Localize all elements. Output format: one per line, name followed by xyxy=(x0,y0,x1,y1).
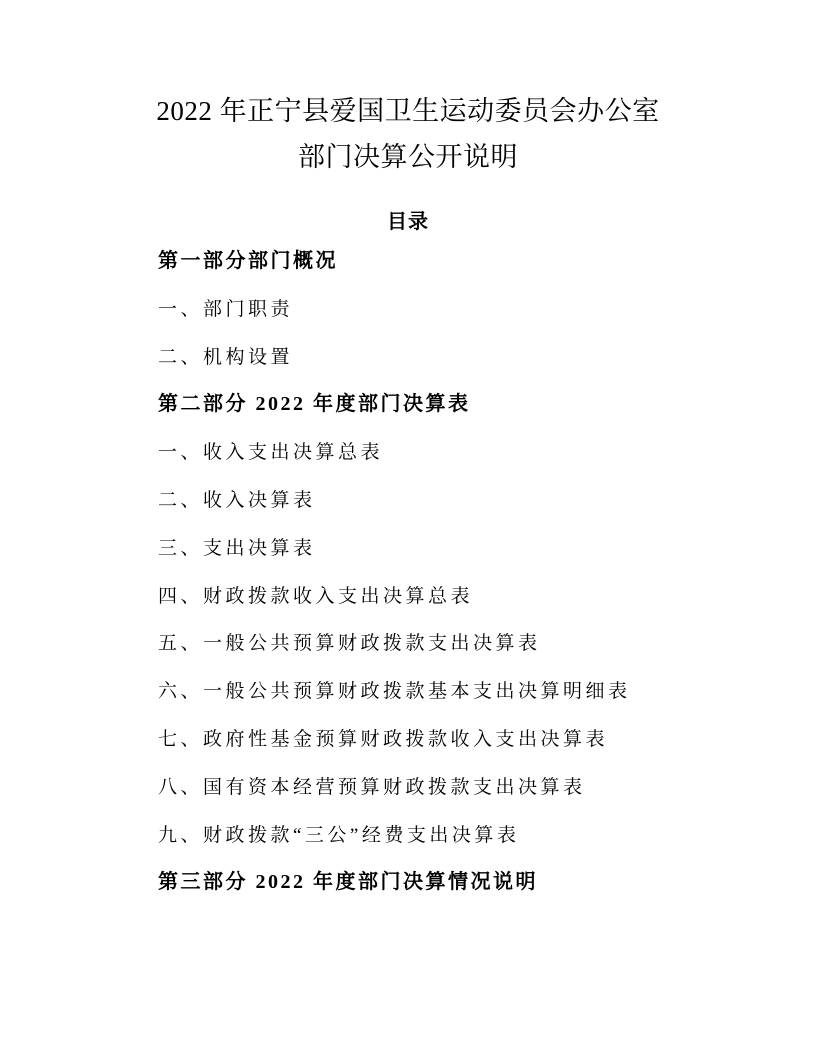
document-title-line2: 部门决算公开说明 xyxy=(0,134,816,180)
toc-entry: 五、一般公共预算财政拨款支出决算表 xyxy=(158,620,756,668)
toc-entry: 九、财政拨款“三公”经费支出决算表 xyxy=(158,812,756,860)
toc-section-1: 第一部分部门概况 xyxy=(158,238,756,286)
toc-entry: 七、政府性基金预算财政拨款收入支出决算表 xyxy=(158,716,756,764)
document-title: 2022 年正宁县爱国卫生运动委员会办公室 部门决算公开说明 xyxy=(0,88,816,180)
toc-section-2: 第二部分 2022 年度部门决算表 xyxy=(158,381,756,429)
toc-list: 第一部分部门概况 一、部门职责 二、机构设置 第二部分 2022 年度部门决算表… xyxy=(158,238,756,907)
toc-entry: 二、机构设置 xyxy=(158,334,756,382)
document-page: 2022 年正宁县爱国卫生运动委员会办公室 部门决算公开说明 目录 第一部分部门… xyxy=(0,0,816,1041)
toc-section-3: 第三部分 2022 年度部门决算情况说明 xyxy=(158,859,756,907)
toc-heading: 目录 xyxy=(0,207,816,237)
toc-entry: 六、一般公共预算财政拨款基本支出决算明细表 xyxy=(158,668,756,716)
document-title-line1: 2022 年正宁县爱国卫生运动委员会办公室 xyxy=(0,88,816,134)
toc-entry: 三、支出决算表 xyxy=(158,525,756,573)
toc-entry: 八、国有资本经营预算财政拨款支出决算表 xyxy=(158,764,756,812)
toc-entry: 四、财政拨款收入支出决算总表 xyxy=(158,573,756,621)
toc-entry: 二、收入决算表 xyxy=(158,477,756,525)
toc-entry: 一、部门职责 xyxy=(158,286,756,334)
toc-entry: 一、收入支出决算总表 xyxy=(158,429,756,477)
